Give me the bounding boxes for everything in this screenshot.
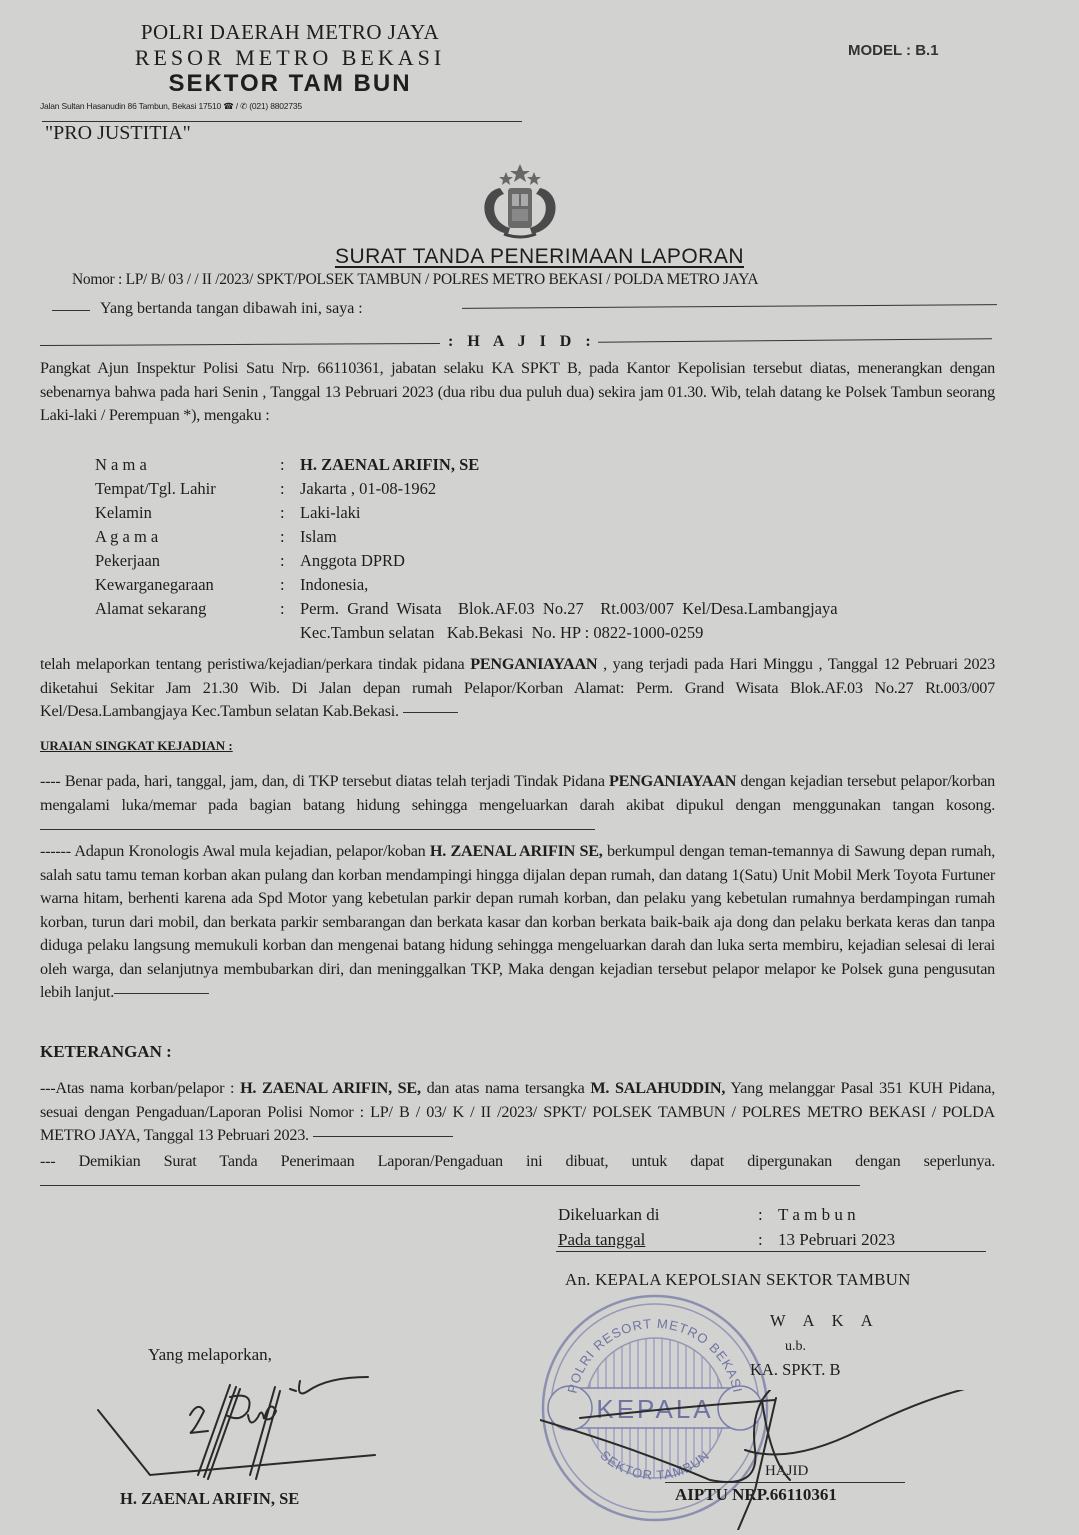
letterhead-line-2: RESOR METRO BEKASI xyxy=(50,45,530,71)
officer-name-heading: : H A J I D : xyxy=(448,333,596,351)
polri-emblem-icon xyxy=(470,160,570,240)
colon: : xyxy=(280,597,300,621)
chronology-text: ---- Benar pada, hari, tanggal, jam, dan… xyxy=(40,772,609,790)
letterhead-address: Jalan Sultan Hasanudin 86 Tambun, Bekasi… xyxy=(40,101,302,112)
identity-value: Anggota DPRD xyxy=(300,549,995,573)
letterhead-line-3: SEKTOR TAM BUN xyxy=(50,70,530,98)
identity-row: Kec.Tambun selatan Kab.Bekasi No. HP : 0… xyxy=(95,621,995,645)
identity-value: Kec.Tambun selatan Kab.Bekasi No. HP : 0… xyxy=(300,621,995,645)
identity-row: Kelamin:Laki-laki xyxy=(95,501,995,525)
leader-line xyxy=(40,343,440,346)
colon: : xyxy=(758,1227,778,1252)
chronology-text: berkumpul dengan teman-temannya di Sawun… xyxy=(40,842,995,1001)
ub-abbrev: u.b. xyxy=(785,1339,806,1355)
waka-title: W A K A xyxy=(770,1311,880,1331)
identity-value: Indonesia, xyxy=(300,573,995,597)
identity-label xyxy=(95,621,280,645)
leader-line xyxy=(403,712,458,713)
colon: : xyxy=(280,573,300,597)
remarks-text: ---Atas nama korban/pelapor : xyxy=(40,1079,240,1097)
motto: "PRO JUSTITIA" xyxy=(45,122,191,145)
identity-row: Kewarganegaraan:Indonesia, xyxy=(95,573,995,597)
reporter-caption: Yang melaporkan, xyxy=(148,1345,272,1365)
closing-text: --- Demikian Surat Tanda Penerimaan Lapo… xyxy=(40,1152,995,1170)
intro-paragraph: Pangkat Ajun Inspektur Polisi Satu Nrp. … xyxy=(40,357,995,428)
model-code: MODEL : B.1 xyxy=(848,42,939,59)
crime-type: PENGANIAYAAN xyxy=(470,655,597,673)
colon xyxy=(280,621,300,645)
colon: : xyxy=(758,1202,778,1227)
identity-label: Pekerjaan xyxy=(95,549,280,573)
leader-line xyxy=(313,1136,453,1137)
report-text: telah melaporkan tentang peristiwa/kejad… xyxy=(40,655,470,673)
leader-line xyxy=(462,304,997,309)
reporter-name-inline: H. ZAENAL ARIFIN SE, xyxy=(430,842,603,860)
identity-label: A g a m a xyxy=(95,525,280,549)
colon: : xyxy=(280,501,300,525)
officer-signature-icon xyxy=(540,1390,1010,1530)
identity-value: Laki-laki xyxy=(300,501,995,525)
undersigned-intro: Yang bertanda tangan dibawah ini, saya : xyxy=(100,300,363,318)
issued-place-label: Dikeluarkan di xyxy=(558,1202,758,1227)
ka-spkt-title: KA. SPKT. B xyxy=(750,1360,840,1380)
issued-date-label: Pada tanggal xyxy=(558,1227,758,1252)
identity-row: Alamat sekarang:Perm. Grand Wisata Blok.… xyxy=(95,597,995,621)
identity-row: Pekerjaan:Anggota DPRD xyxy=(95,549,995,573)
identity-label: Alamat sekarang xyxy=(95,597,280,621)
reporter-signature-icon xyxy=(90,1375,390,1495)
leader-line xyxy=(40,1185,860,1186)
report-paragraph: telah melaporkan tentang peristiwa/kejad… xyxy=(40,653,995,724)
identity-value: H. ZAENAL ARIFIN, SE xyxy=(300,453,995,477)
leader-line xyxy=(40,829,595,830)
suspect-name: M. SALAHUDDIN, xyxy=(590,1079,725,1097)
leader-line xyxy=(598,338,992,342)
document-title-text: SURAT TANDA PENERIMAAN LAPORAN xyxy=(335,245,744,268)
issuance-rule xyxy=(556,1251,986,1252)
chronology-text: ------ Adapun Kronologis Awal mula kejad… xyxy=(40,842,430,860)
identity-value: Perm. Grand Wisata Blok.AF.03 No.27 Rt.0… xyxy=(300,597,995,621)
remarks-paragraph: ---Atas nama korban/pelapor : H. ZAENAL … xyxy=(40,1077,995,1148)
chronology-heading: URAIAN SINGKAT KEJADIAN : xyxy=(40,738,233,754)
letterhead-line-1: POLRI DAERAH METRO JAYA xyxy=(50,20,530,45)
reporter-identity: N a m a:H. ZAENAL ARIFIN, SETempat/Tgl. … xyxy=(95,453,995,645)
identity-row: Tempat/Tgl. Lahir:Jakarta , 01-08-1962 xyxy=(95,477,995,501)
authority-line: An. KEPALA KEPOLSIAN SEKTOR TAMBUN xyxy=(565,1270,911,1290)
identity-value: Jakarta , 01-08-1962 xyxy=(300,477,995,501)
chronology-paragraph-2: ------ Adapun Kronologis Awal mula kejad… xyxy=(40,840,995,1005)
colon: : xyxy=(280,453,300,477)
identity-label: Tempat/Tgl. Lahir xyxy=(95,477,280,501)
issued-place-value: T a m b u n xyxy=(778,1202,895,1227)
identity-row: A g a m a:Islam xyxy=(95,525,995,549)
identity-label: Kewarganegaraan xyxy=(95,573,280,597)
identity-label: Kelamin xyxy=(95,501,280,525)
closing-paragraph: --- Demikian Surat Tanda Penerimaan Lapo… xyxy=(40,1150,995,1197)
chronology-paragraph-1: ---- Benar pada, hari, tanggal, jam, dan… xyxy=(40,770,995,841)
remarks-heading: KETERANGAN : xyxy=(40,1042,172,1062)
identity-label: N a m a xyxy=(95,453,280,477)
document-number: Nomor : LP/ B/ 03 / / II /2023/ SPKT/POL… xyxy=(72,271,758,289)
issued-date-value: 13 Pebruari 2023 xyxy=(778,1227,895,1252)
issuance-block: Dikeluarkan di:T a m b u n Pada tanggal:… xyxy=(558,1202,895,1252)
remarks-text: dan atas nama tersangka xyxy=(421,1079,591,1097)
document-title: SURAT TANDA PENERIMAAN LAPORAN xyxy=(0,245,1079,269)
colon: : xyxy=(280,549,300,573)
colon: : xyxy=(280,477,300,501)
crime-type: PENGANIAYAAN xyxy=(609,772,736,790)
victim-name: H. ZAENAL ARIFIN, SE, xyxy=(240,1079,421,1097)
reporter-signature-name: H. ZAENAL ARIFIN, SE xyxy=(120,1489,299,1509)
identity-row: N a m a:H. ZAENAL ARIFIN, SE xyxy=(95,453,995,477)
identity-value: Islam xyxy=(300,525,995,549)
colon: : xyxy=(280,525,300,549)
leader-line xyxy=(52,310,90,311)
leader-line xyxy=(114,993,209,994)
